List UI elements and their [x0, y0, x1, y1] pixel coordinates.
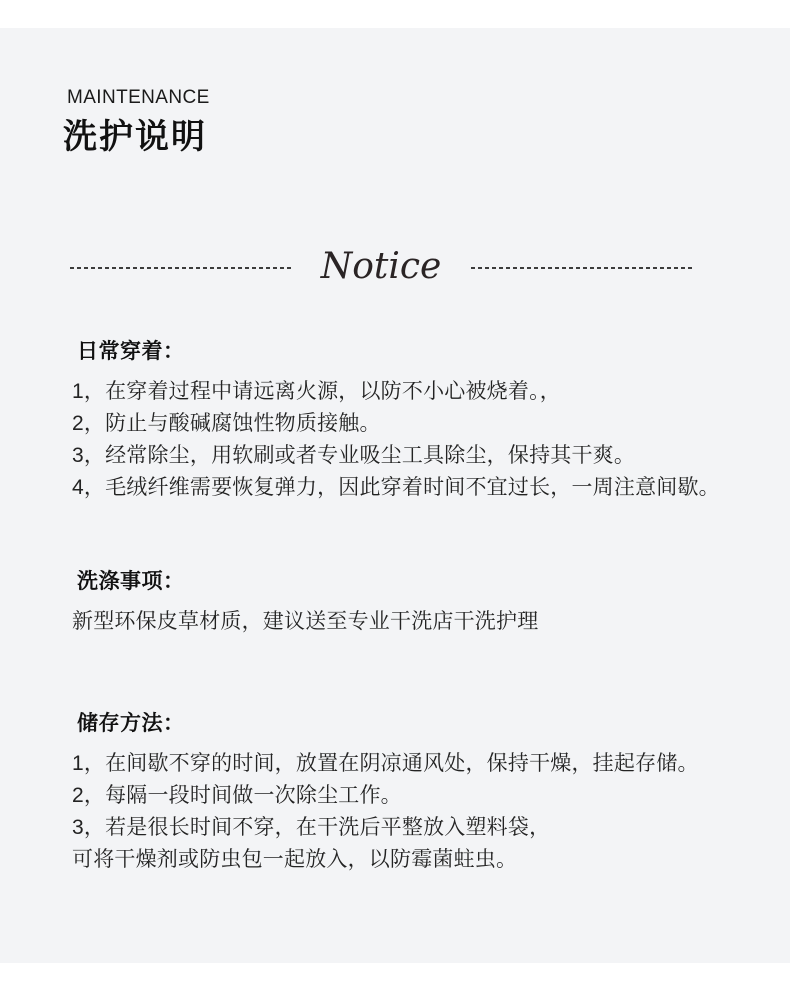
section-heading: 洗涤事项： [72, 568, 750, 596]
section-storage: 储存方法： 1，在间歇不穿的时间，放置在阴凉通风处，保持干燥，挂起存储。 2，每… [0, 710, 790, 876]
care-panel: MAINTENANCE 洗护说明 Notice 日常穿着： 1，在穿着过程中请远… [0, 28, 790, 963]
care-line: 1，在穿着过程中请远离火源，以防不小心被烧着。， [72, 376, 750, 408]
care-line: 3，若是很长时间不穿，在干洗后平整放入塑料袋， [72, 812, 750, 844]
section-heading: 日常穿着： [72, 338, 750, 366]
care-line: 1，在间歇不穿的时间，放置在阴凉通风处，保持干燥，挂起存储。 [72, 748, 750, 780]
section-daily-wear: 日常穿着： 1，在穿着过程中请远离火源，以防不小心被烧着。， 2，防止与酸碱腐蚀… [0, 338, 790, 504]
notice-divider: Notice [70, 246, 692, 290]
care-line: 2，防止与酸碱腐蚀性物质接触。 [72, 408, 750, 440]
care-line: 4，毛绒纤维需要恢复弹力，因此穿着时间不宜过长，一周注意间歇。 [72, 472, 750, 504]
care-line: 3，经常除尘，用软刷或者专业吸尘工具除尘，保持其干爽。 [72, 440, 750, 472]
page-title: 洗护说明 [63, 115, 790, 159]
section-heading: 储存方法： [72, 710, 750, 738]
header: MAINTENANCE 洗护说明 [0, 87, 790, 159]
dash-line-left [70, 267, 291, 269]
care-line: 2，每隔一段时间做一次除尘工作。 [72, 780, 750, 812]
dash-line-right [471, 267, 692, 269]
section-washing: 洗涤事项： 新型环保皮草材质，建议送至专业干洗店干洗护理 [0, 568, 790, 638]
care-line: 可将干燥剂或防虫包一起放入，以防霉菌蛀虫。 [72, 844, 750, 876]
notice-label: Notice [321, 246, 442, 291]
care-instructions-page: MAINTENANCE 洗护说明 Notice 日常穿着： 1，在穿着过程中请远… [0, 0, 790, 1002]
care-line: 新型环保皮草材质，建议送至专业干洗店干洗护理 [72, 606, 750, 638]
maintenance-subtitle: MAINTENANCE [67, 87, 790, 109]
